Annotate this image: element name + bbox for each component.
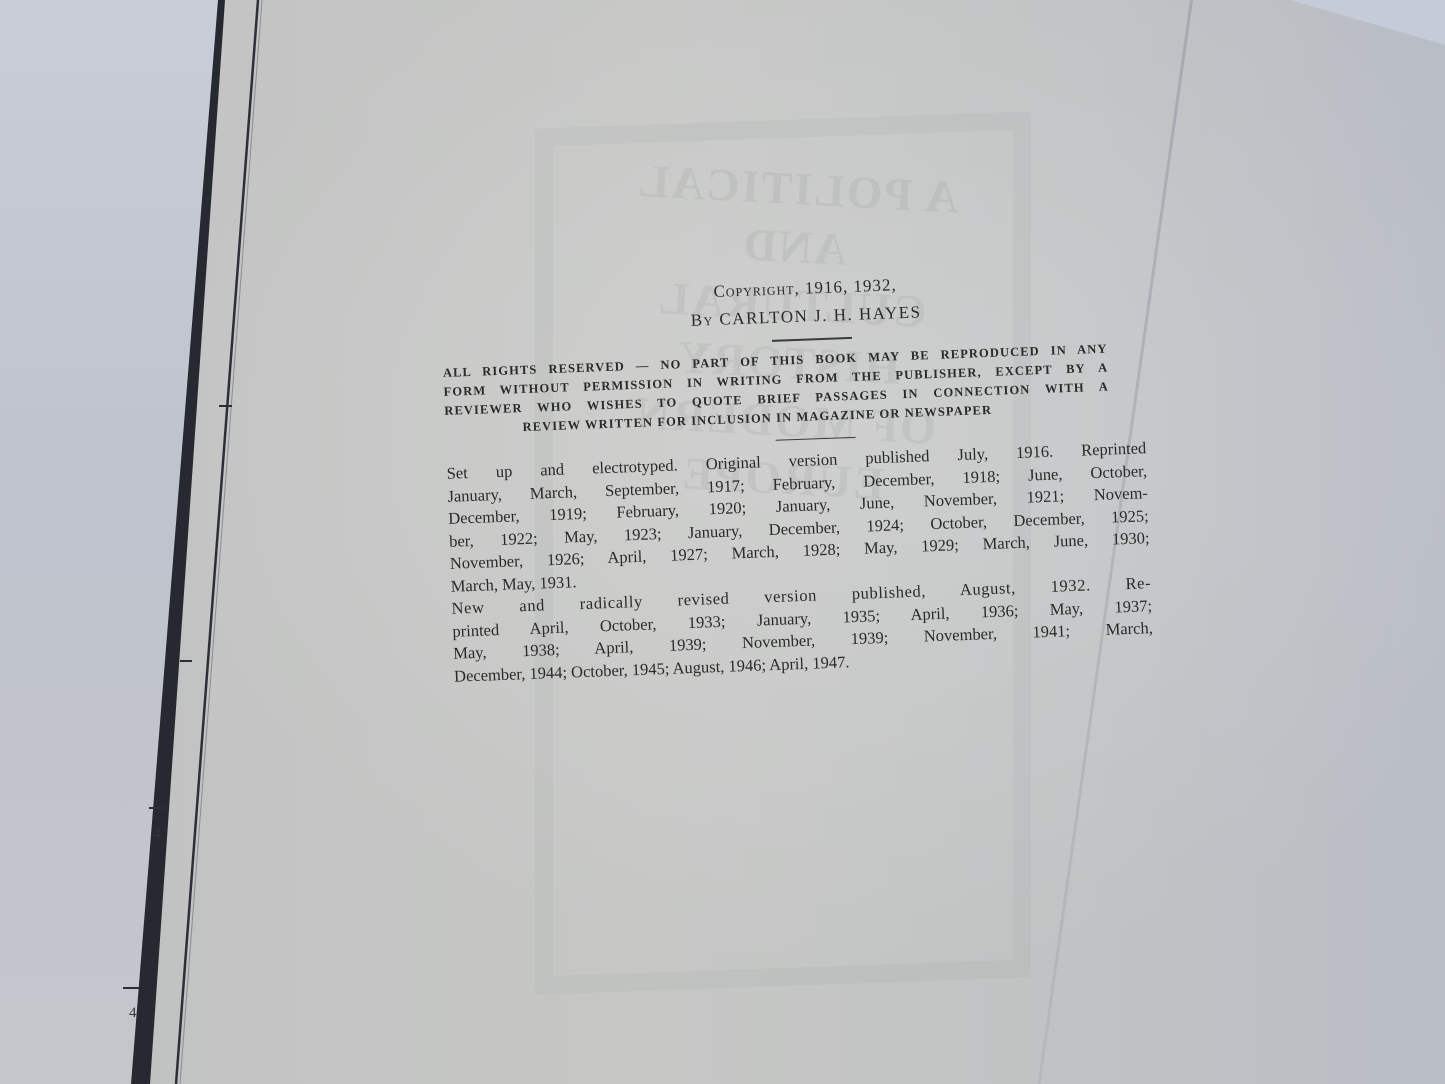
rights-reserved-notice: ALL RIGHTS RESERVED — NO PART OF THIS BO… [443,338,1145,440]
divider-rule [772,337,852,341]
printing-history: Set up and electrotyped. Original versio… [446,437,1154,687]
divider-rule [776,436,856,440]
author-name: CARLTON J. H. HAYES [719,302,922,328]
author-prefix: By [690,310,714,330]
copyright-text-block: Copyright, 1916, 1932, By CARLTON J. H. … [440,266,1154,687]
